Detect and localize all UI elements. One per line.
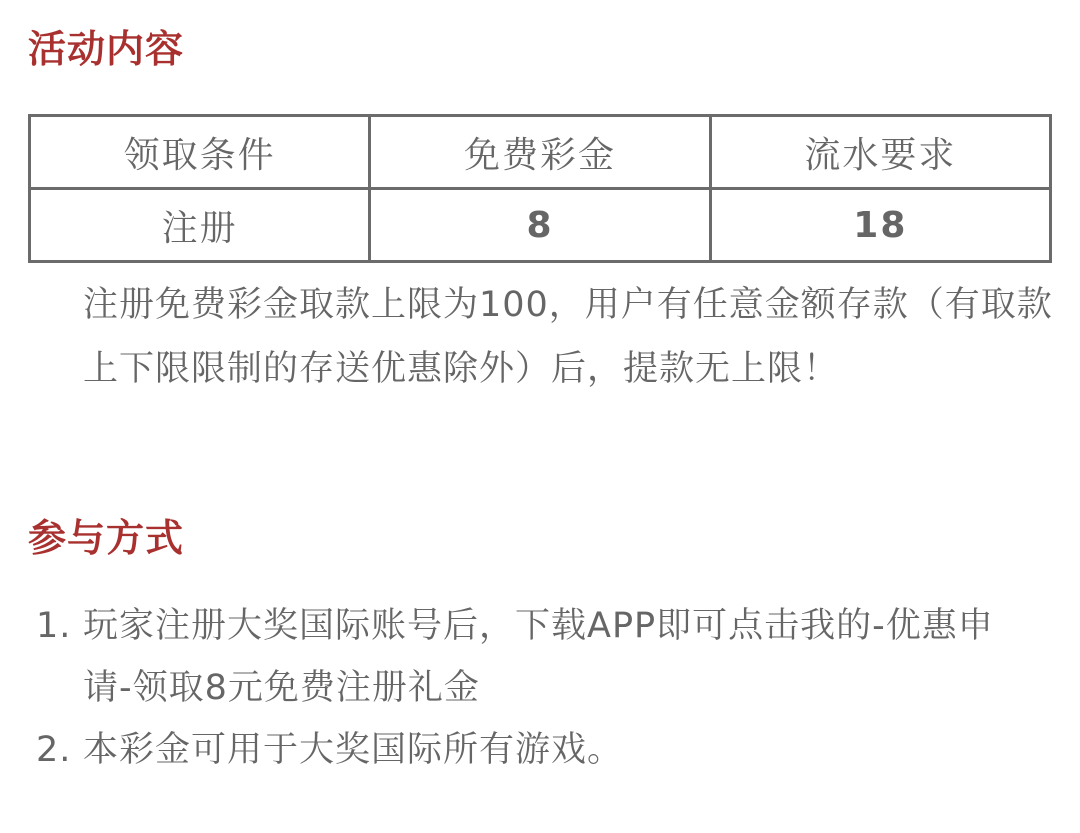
cell-condition: 注册	[30, 189, 370, 262]
list-item: 2. 本彩金可用于大奖国际所有游戏。	[36, 719, 1036, 781]
cell-free-bonus: 8	[370, 189, 710, 262]
list-item: 1. 玩家注册大奖国际账号后，下载APP即可点击我的-优惠申请-领取8元免费注册…	[36, 595, 1036, 719]
activity-note: 注册免费彩金取款上限为100，用户有任意金额存款（有取款上下限限制的存送优惠除外…	[83, 273, 1053, 401]
header-free-bonus: 免费彩金	[370, 116, 710, 189]
step-text: 本彩金可用于大奖国际所有游戏。	[83, 730, 623, 770]
cell-turnover: 18	[710, 189, 1050, 262]
activity-table: 领取条件 免费彩金 流水要求 注册 8 18	[28, 114, 1052, 263]
header-turnover: 流水要求	[710, 116, 1050, 189]
header-condition: 领取条件	[30, 116, 370, 189]
participation-steps: 1. 玩家注册大奖国际账号后，下载APP即可点击我的-优惠申请-领取8元免费注册…	[36, 595, 1036, 781]
step-index: 2.	[36, 719, 71, 781]
section-title-activity: 活动内容	[28, 30, 184, 68]
section-title-participate: 参与方式	[28, 519, 184, 557]
step-text: 玩家注册大奖国际账号后，下载APP即可点击我的-优惠申请-领取8元免费注册礼金	[83, 606, 994, 708]
table-header-row: 领取条件 免费彩金 流水要求	[30, 116, 1051, 189]
step-index: 1.	[36, 595, 71, 657]
table-row: 注册 8 18	[30, 189, 1051, 262]
